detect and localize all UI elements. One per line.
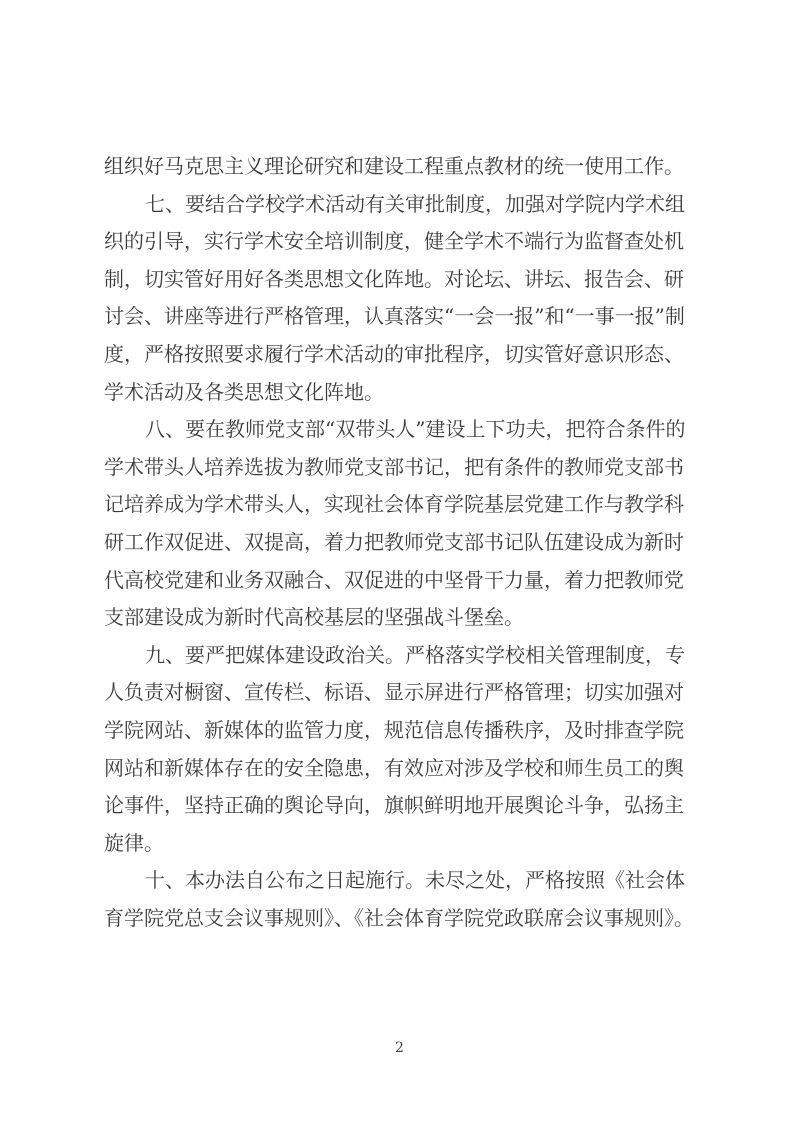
text-line: 讨会、讲座等进行严格管理，认真落实“一会一报”和“一事一报”制 xyxy=(104,298,706,336)
text-line: 网站和新媒体存在的安全隐患，有效应对涉及学校和师生员工的舆 xyxy=(104,750,706,788)
text-line: 制，切实管好用好各类思想文化阵地。对论坛、讲坛、报告会、研 xyxy=(104,261,706,299)
text-line: 旋律。 xyxy=(104,825,706,863)
text-line: 论事件，坚持正确的舆论导向，旗帜鲜明地开展舆论斗争，弘扬主 xyxy=(104,787,706,825)
text-line: 学术带头人培养选拔为教师党支部书记，把有条件的教师党支部书 xyxy=(104,449,706,487)
text-line: 支部建设成为新时代高校基层的坚强战斗堡垒。 xyxy=(104,599,706,637)
text-line: 织的引导，实行学术安全培训制度，健全学术不端行为监督查处机 xyxy=(104,223,706,261)
text-line: 组织好马克思主义理论研究和建设工程重点教材的统一使用工作。 xyxy=(104,148,706,186)
text-line: 学院网站、新媒体的监管力度，规范信息传播秩序，及时排查学院 xyxy=(104,712,706,750)
text-line: 七、要结合学校学术活动有关审批制度，加强对学院内学术组 xyxy=(104,186,706,224)
text-line: 记培养成为学术带头人，实现社会体育学院基层党建工作与教学科 xyxy=(104,486,706,524)
page-number: 2 xyxy=(0,1040,799,1056)
text-line: 度，严格按照要求履行学术活动的审批程序，切实管好意识形态、 xyxy=(104,336,706,374)
text-line: 研工作双促进、双提高，着力把教师党支部书记队伍建设成为新时 xyxy=(104,524,706,562)
text-line: 代高校党建和业务双融合、双促进的中坚骨干力量，着力把教师党 xyxy=(104,562,706,600)
text-line: 育学院党总支会议事规则》、《社会体育学院党政联席会议事规则》。 xyxy=(104,900,706,938)
text-line: 人负责对橱窗、宣传栏、标语、显示屏进行严格管理；切实加强对 xyxy=(104,674,706,712)
text-line: 八、要在教师党支部“双带头人”建设上下功夫，把符合条件的 xyxy=(104,411,706,449)
text-line: 十、本办法自公布之日起施行。未尽之处，严格按照《社会体 xyxy=(104,862,706,900)
text-block: 组织好马克思主义理论研究和建设工程重点教材的统一使用工作。七、要结合学校学术活动… xyxy=(104,148,706,937)
text-line: 学术活动及各类思想文化阵地。 xyxy=(104,374,706,412)
text-line: 九、要严把媒体建设政治关。严格落实学校相关管理制度，专 xyxy=(104,637,706,675)
document-page: 组织好马克思主义理论研究和建设工程重点教材的统一使用工作。七、要结合学校学术活动… xyxy=(0,0,799,1131)
